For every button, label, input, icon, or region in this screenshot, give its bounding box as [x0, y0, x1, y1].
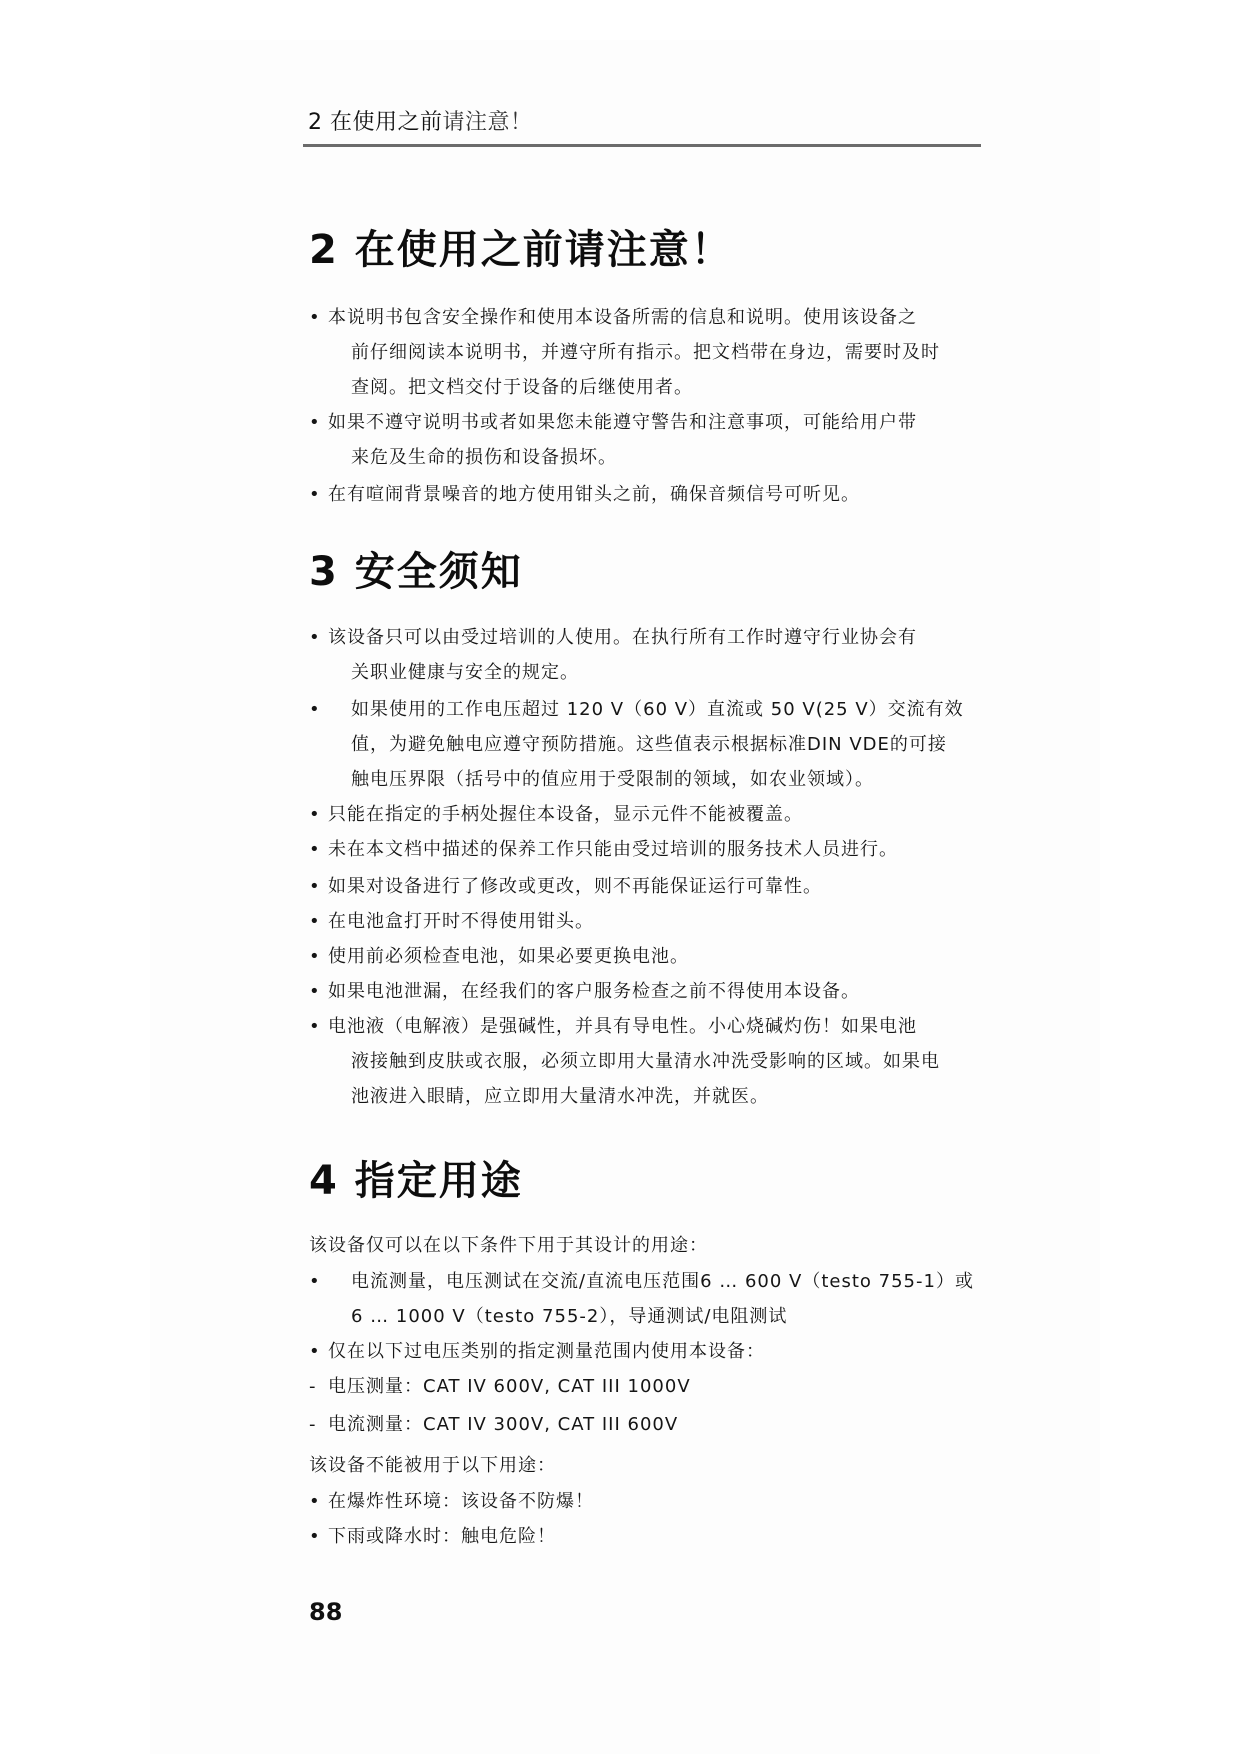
bullet-marker: • — [309, 939, 323, 974]
section-4-list: • 电流测量，电压测试在交流/直流电压范围6 … 600 V（testo 755… — [309, 1264, 969, 1442]
list-item: • 该设备只可以由受过培训的人使用。在执行所有工作时遵守行业协会有 关职业健康与… — [309, 620, 969, 690]
bullet-marker: • — [309, 477, 323, 512]
bullet-marker: • — [309, 300, 323, 335]
bullet-marker: • — [309, 869, 323, 904]
list-item: • 在爆炸性环境：该设备不防爆！ — [309, 1484, 969, 1519]
bullet-marker: • — [309, 1009, 323, 1044]
list-item: • 未在本文档中描述的保养工作只能由受过培训的服务技术人员进行。 — [309, 832, 969, 867]
list-item: • 如果电池泄漏，在经我们的客户服务检查之前不得使用本设备。 — [309, 974, 969, 1009]
list-item: • 电池液（电解液）是强碱性，并具有导电性。小心烧碱灼伤！如果电池 液接触到皮肤… — [309, 1009, 969, 1114]
list-item: • 电流测量，电压测试在交流/直流电压范围6 … 600 V（testo 755… — [309, 1264, 969, 1334]
section-title-3: 3 安全须知 — [309, 548, 523, 596]
bullet-marker: • — [309, 1519, 323, 1554]
list-item: - 电流测量：CAT IV 300V, CAT III 600V — [309, 1407, 969, 1442]
bullet-marker: • — [309, 974, 323, 1009]
list-item: • 如果使用的工作电压超过 120 V（60 V）直流或 50 V(25 V）交… — [309, 692, 969, 797]
list-item: • 使用前必须检查电池，如果必要更换电池。 — [309, 939, 969, 974]
bullet-marker: • — [309, 692, 323, 727]
running-header-light: 请注意！ — [443, 110, 533, 135]
section-title-2: 2 在使用之前请注意！ — [309, 226, 733, 274]
not-intended-intro: 该设备不能被用于以下用途： — [309, 1448, 556, 1484]
list-item: • 在电池盒打开时不得使用钳头。 — [309, 904, 969, 939]
section-title-4: 4 指定用途 — [309, 1157, 523, 1205]
not-intended-list: • 在爆炸性环境：该设备不防爆！ • 下雨或降水时：触电危险！ — [309, 1484, 969, 1554]
running-header: 2 在使用之前请注意！ — [308, 108, 533, 138]
list-item: • 在有喧闹背景噪音的地方使用钳头之前，确保音频信号可听见。 — [309, 477, 969, 512]
header-rule — [303, 144, 981, 147]
dash-marker: - — [309, 1407, 323, 1442]
list-item: • 如果对设备进行了修改或更改，则不再能保证运行可靠性。 — [309, 869, 969, 904]
section-3-list: • 该设备只可以由受过培训的人使用。在执行所有工作时遵守行业协会有 关职业健康与… — [309, 620, 969, 1114]
bullet-marker: • — [309, 832, 323, 867]
list-item: - 电压测量：CAT IV 600V, CAT III 1000V — [309, 1369, 969, 1404]
bullet-marker: • — [309, 1334, 323, 1369]
bullet-marker: • — [309, 405, 323, 440]
bullet-marker: • — [309, 797, 323, 832]
section-2-list: • 本说明书包含安全操作和使用本设备所需的信息和说明。使用该设备之 前仔细阅读本… — [309, 300, 969, 512]
list-item: • 仅在以下过电压类别的指定测量范围内使用本设备： — [309, 1334, 969, 1369]
list-item: • 只能在指定的手柄处握住本设备，显示元件不能被覆盖。 — [309, 797, 969, 832]
running-header-bold: 在使用之前 — [330, 110, 443, 135]
running-header-number: 2 — [308, 110, 323, 135]
bullet-marker: • — [309, 1264, 323, 1299]
bullet-marker: • — [309, 1484, 323, 1519]
bullet-marker: • — [309, 620, 323, 655]
dash-marker: - — [309, 1369, 323, 1404]
list-item: • 如果不遵守说明书或者如果您未能遵守警告和注意事项，可能给用户带 来危及生命的… — [309, 405, 969, 475]
intended-use-intro: 该设备仅可以在以下条件下用于其设计的用途： — [309, 1228, 708, 1264]
list-item: • 本说明书包含安全操作和使用本设备所需的信息和说明。使用该设备之 前仔细阅读本… — [309, 300, 969, 405]
page-number: 88 — [309, 1598, 342, 1626]
list-item: • 下雨或降水时：触电危险！ — [309, 1519, 969, 1554]
bullet-marker: • — [309, 904, 323, 939]
